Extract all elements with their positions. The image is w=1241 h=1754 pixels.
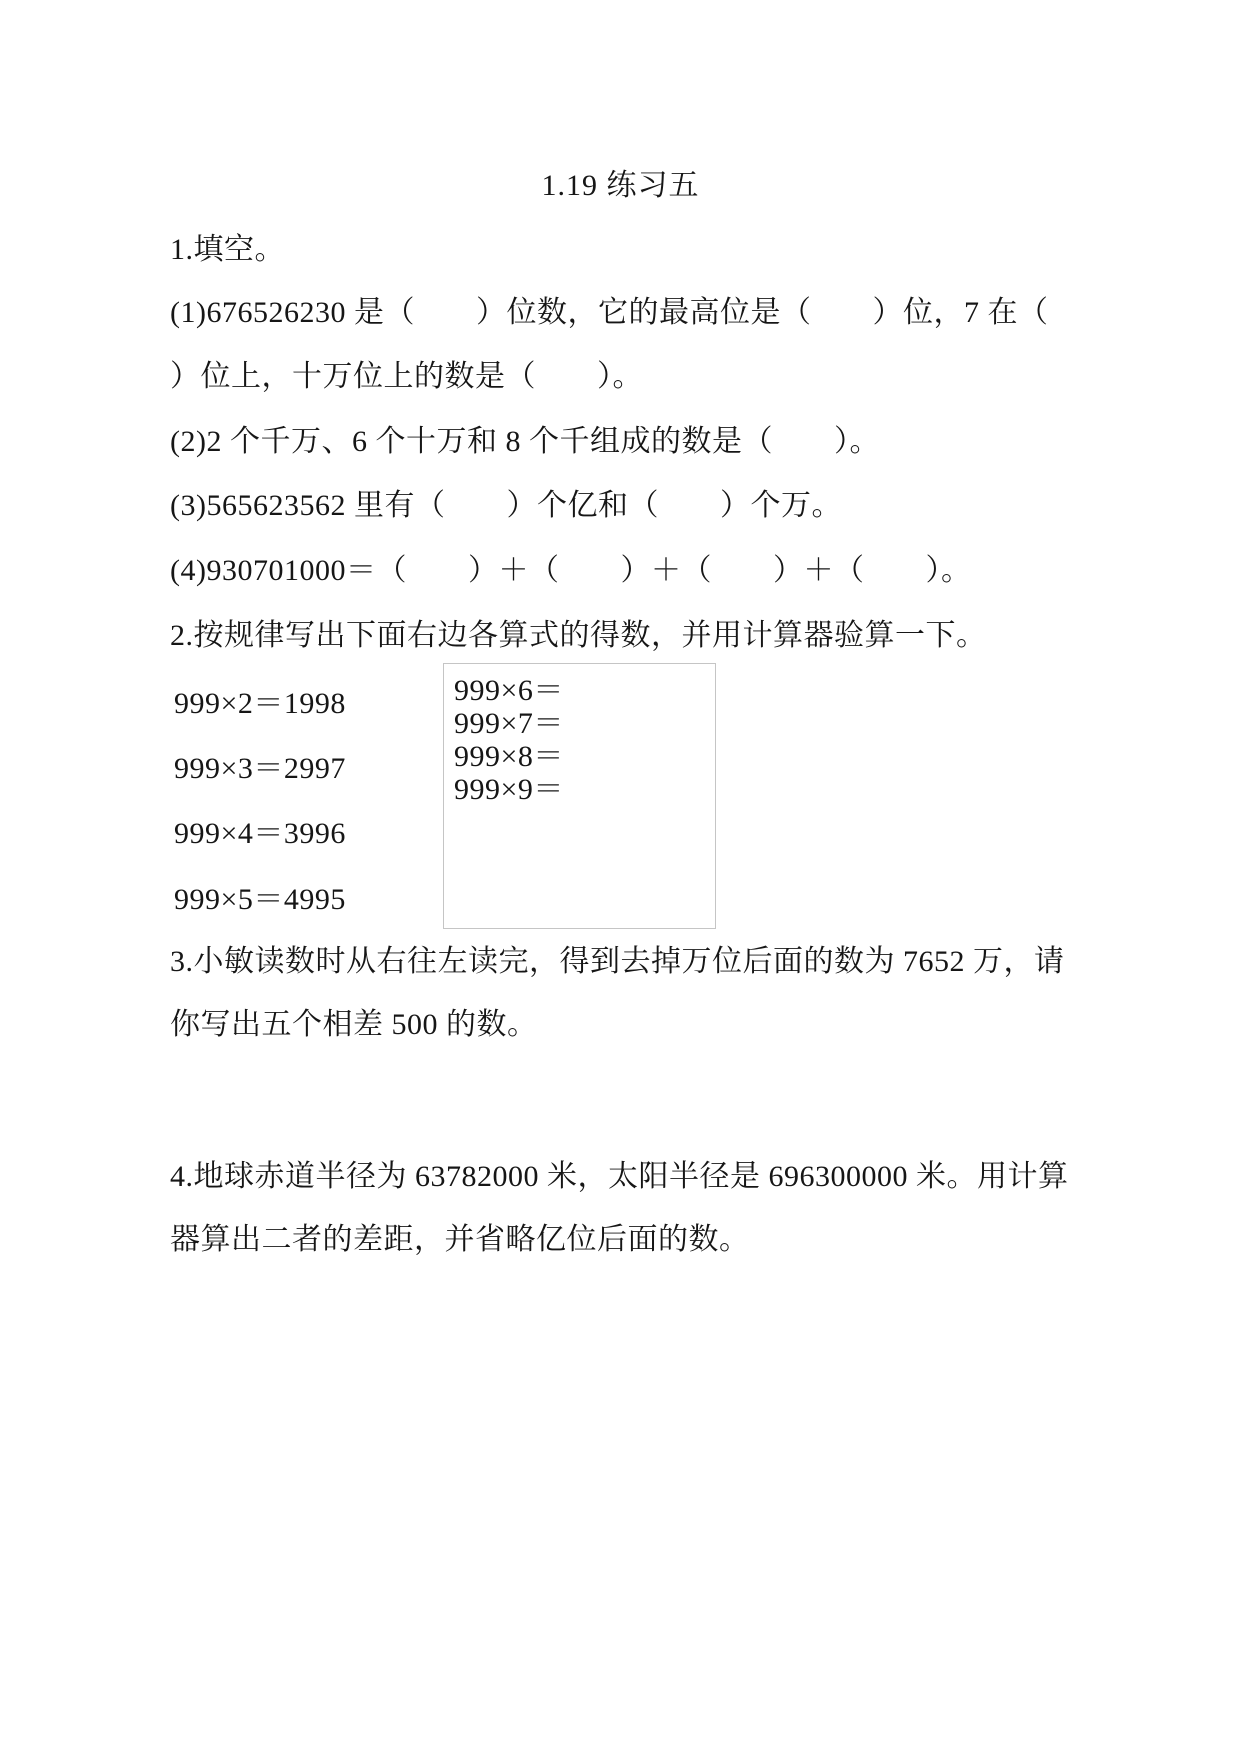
page-title: 1.19 练习五	[0, 168, 1241, 204]
q1-item3: (3)565623562 里有（ ）个亿和（ ）个万。	[170, 488, 842, 524]
q2-given-equation-3: 999×4＝3996	[174, 816, 346, 852]
q2-practice-equation-2: 999×7＝	[454, 707, 707, 740]
worksheet-page: 1.19 练习五 1.填空。 (1)676526230 是（ ）位数，它的最高位…	[0, 0, 1241, 1754]
q1-item4: (4)930701000＝（ ）＋（ ）＋（ ）＋（ ）。	[170, 553, 971, 589]
q2-given-equation-2: 999×3＝2997	[174, 751, 346, 787]
q1-heading: 1.填空。	[170, 232, 285, 268]
q1-item1-line1: (1)676526230 是（ ）位数，它的最高位是（ ）位，7 在（	[170, 295, 1048, 331]
q2-practice-equation-4: 999×9＝	[454, 773, 707, 806]
q2-practice-equation-3: 999×8＝	[454, 740, 707, 773]
q2-practice-box: 999×6＝ 999×7＝ 999×8＝ 999×9＝	[443, 663, 716, 929]
q1-item2: (2)2 个千万、6 个十万和 8 个千组成的数是（ ）。	[170, 424, 880, 460]
q4-line1: 4.地球赤道半径为 63782000 米，太阳半径是 696300000 米。用…	[170, 1159, 1069, 1195]
q3-line1: 3.小敏读数时从右往左读完，得到去掉万位后面的数为 7652 万，请	[170, 944, 1065, 980]
q2-given-equation-1: 999×2＝1998	[174, 686, 346, 722]
q1-item1-line2: ）位上，十万位上的数是（ ）。	[170, 359, 643, 395]
q3-line2: 你写出五个相差 500 的数。	[170, 1007, 538, 1043]
q2-practice-equation-1: 999×6＝	[454, 674, 707, 707]
q2-given-equation-4: 999×5＝4995	[174, 882, 346, 918]
q2-heading: 2.按规律写出下面右边各算式的得数，并用计算器验算一下。	[170, 618, 987, 654]
q4-line2: 器算出二者的差距，并省略亿位后面的数。	[170, 1222, 750, 1258]
